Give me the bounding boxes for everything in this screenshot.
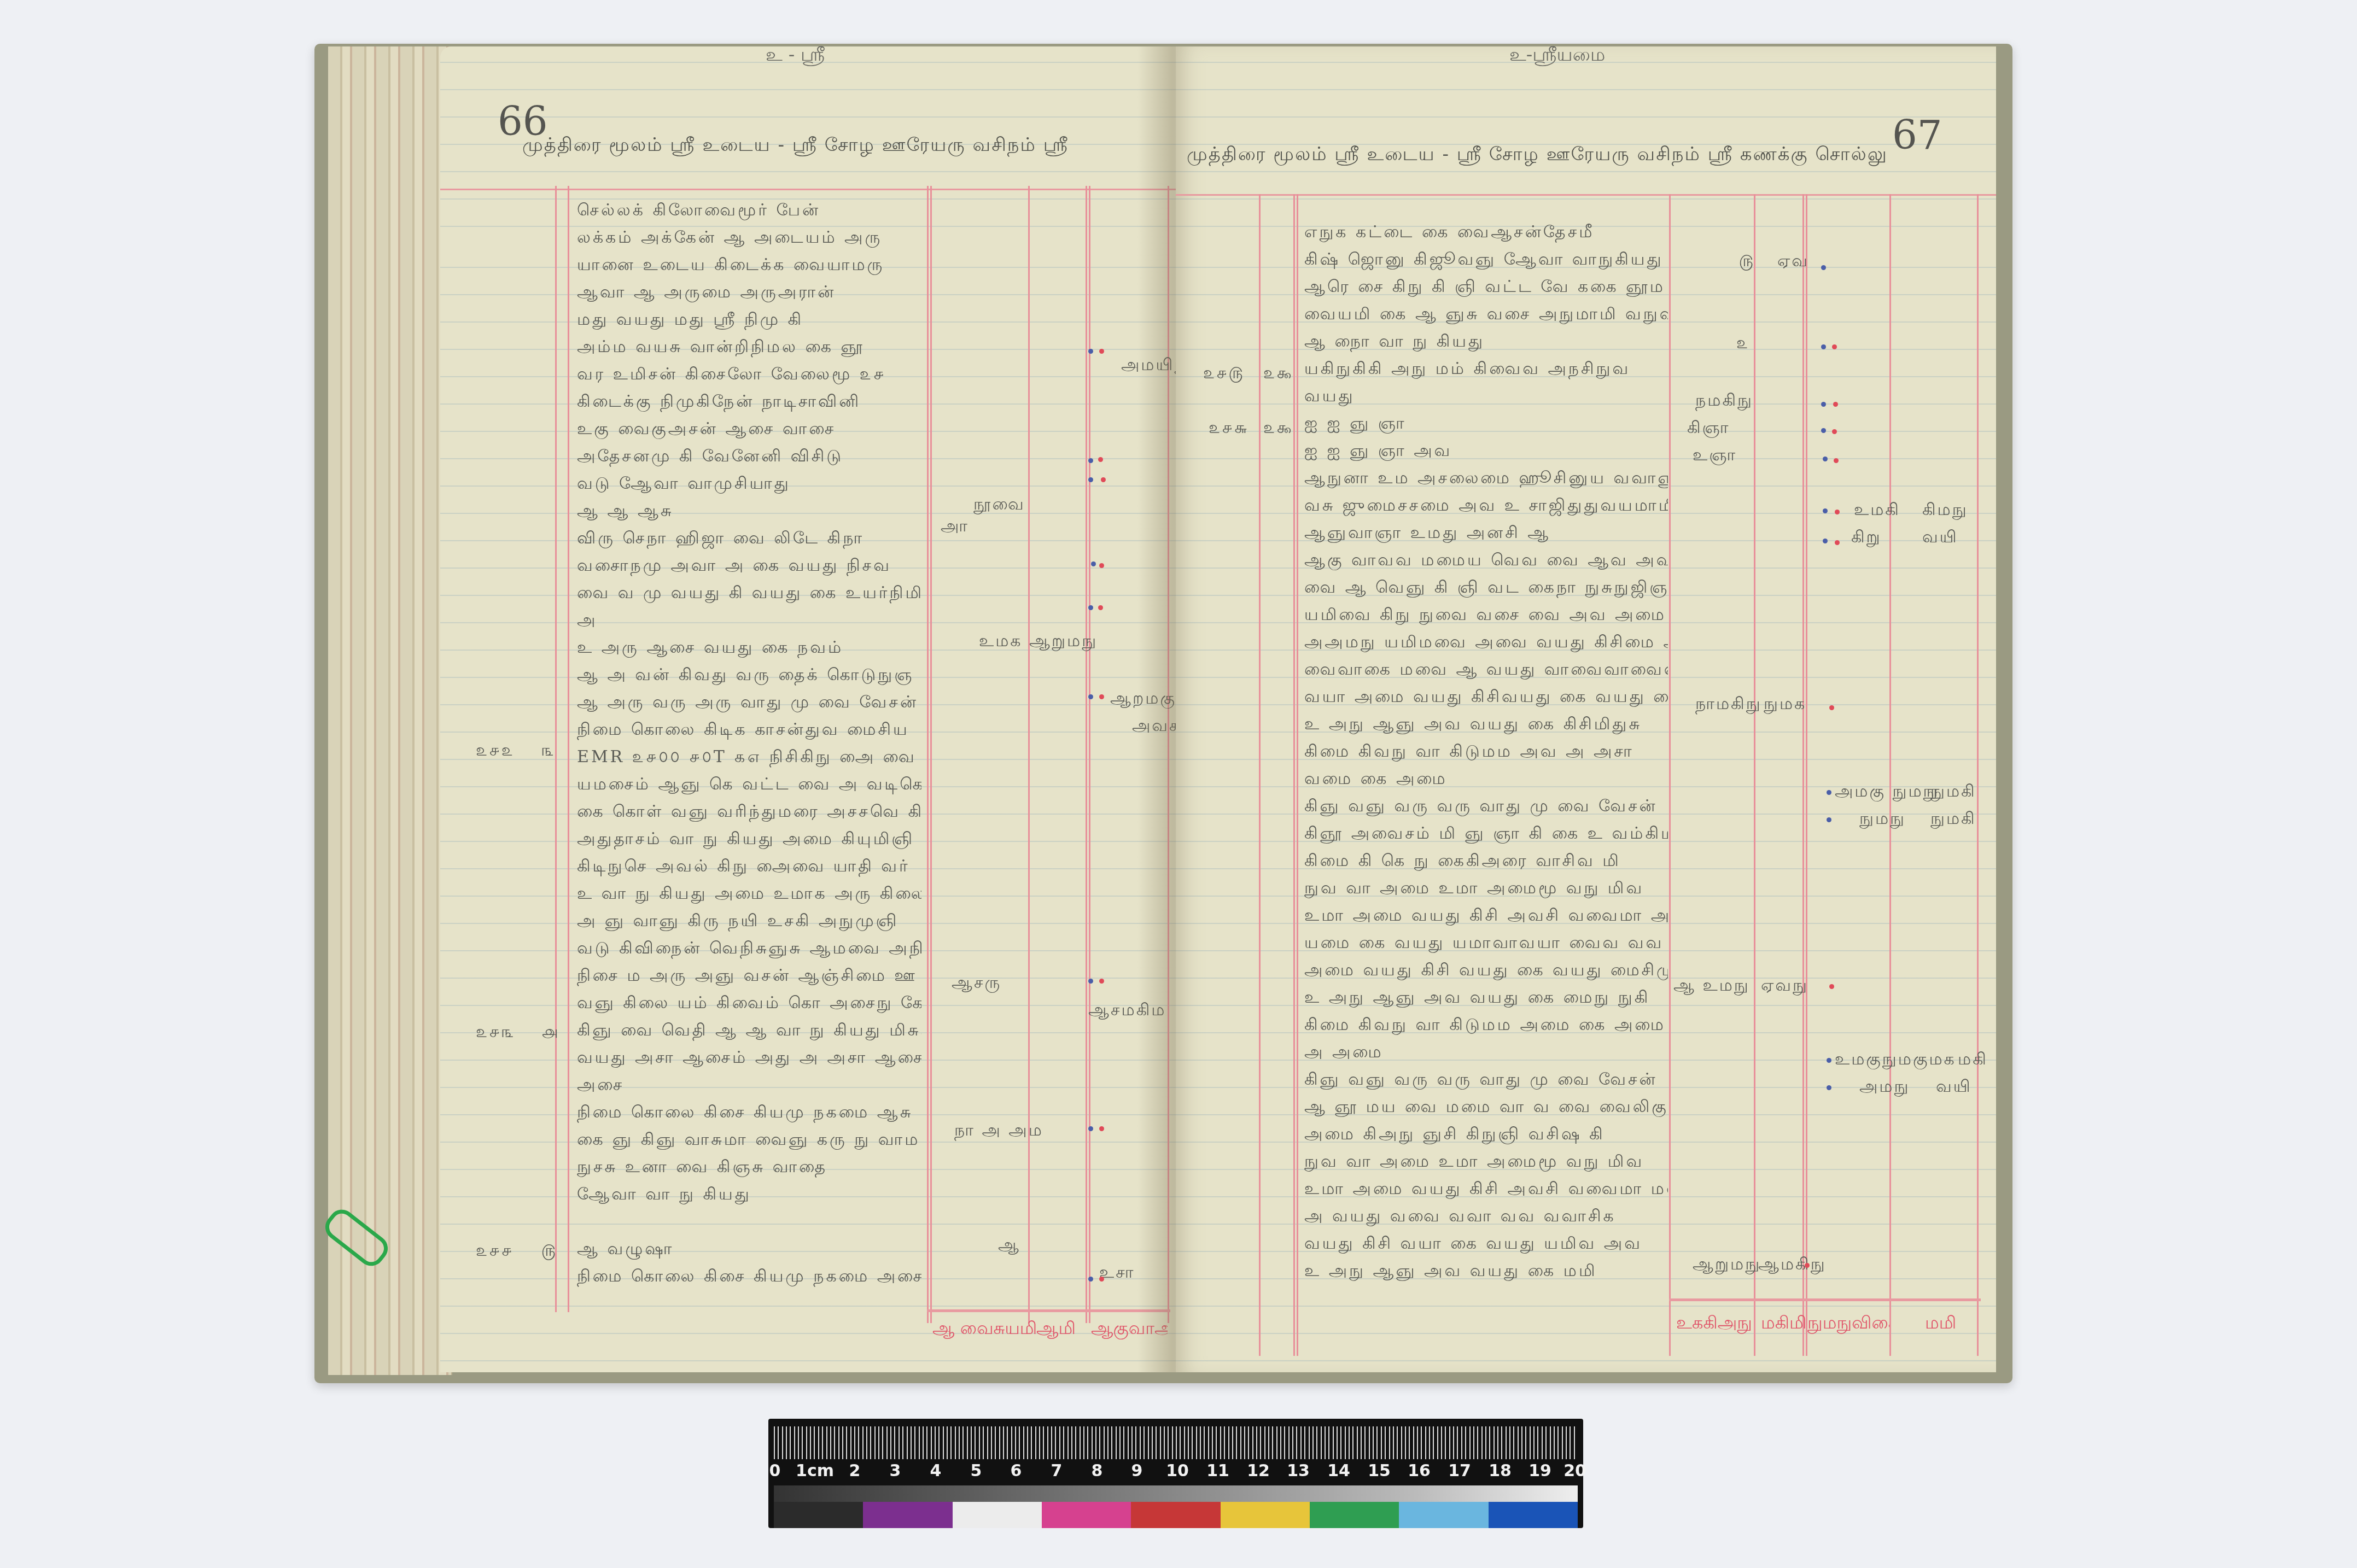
right-amount-entry: கிஞா <box>1687 418 1730 440</box>
blue-tick-mark <box>1823 457 1828 461</box>
text-line: ஆ அ வன் கிவது வரு தைக் கொடுநுஞ <box>577 662 921 689</box>
text-line: கை கொள் வஞு வரிந்துமரை அசசவெ கிகை <box>577 798 921 826</box>
grayscale-strip <box>774 1485 1578 1502</box>
text-line: வயது கிசி வயா கை வயது யமிவ அவ <box>1304 1230 1668 1257</box>
text-line: கிஞூ அவைசம் மி ஞு ஞா கி கை உ வம்கிம <box>1304 820 1668 847</box>
text-line: மது வயது மது ஸ்ரீ நிமு கி <box>577 306 921 334</box>
text-line: அ வயது வவை வவா வவ வவாசிக <box>1304 1203 1668 1230</box>
ruler-label: 19 <box>1528 1461 1551 1481</box>
blue-tick-mark <box>1827 817 1831 822</box>
red-tick-mark <box>1098 457 1103 462</box>
red-tick-mark <box>1099 1126 1104 1131</box>
text-line: யமிவை கிநு நுவை வசை வை அவ அமை <box>1304 601 1668 629</box>
text-line <box>577 1208 921 1236</box>
right-amount-entry: ஏவ <box>1777 251 1809 273</box>
text-line: ஆகு வாவவ மமைய வெவ வை ஆவ அவா <box>1304 547 1668 574</box>
text-line: நிமை கொலை கிசை கியமு நகமை ஆசு <box>577 1099 921 1126</box>
red-tick-mark <box>1832 344 1837 349</box>
text-line: EMR ௨௪௦௦ ௪௦T ௧௭ நிசிகிநு அை வை வெரையா <box>577 744 921 771</box>
left-margin-entry: ௨௪௪ <box>476 1241 514 1262</box>
text-line: கிமை கி கெ நு கைகிஅரை வாசிவ மி <box>1304 847 1668 875</box>
color-swatch <box>774 1502 863 1528</box>
right-footer-rule <box>1669 1298 1981 1301</box>
right-running-head: உ-ஸ்ரீயமை <box>1509 44 1605 68</box>
left-amount-entry: நா அ அம <box>954 1121 1043 1142</box>
text-line: ஆஞுவாஞா உமது அனசி ஆ <box>1304 519 1668 547</box>
red-tick-mark <box>1099 694 1104 699</box>
right-side-entry: அமகு நுமநு <box>1835 782 1939 803</box>
red-tick-mark <box>1805 1263 1810 1268</box>
left-margin-entry-sub: ௩ <box>541 741 556 762</box>
text-line: ஆ ஆ ஆசு <box>577 498 921 525</box>
right-amount-entry: உஞா <box>1693 446 1737 467</box>
text-line: நுசசு உனா வை கிஞசு வாதை <box>577 1154 921 1181</box>
right-margin-entry: ௨௪௫ <box>1203 364 1245 385</box>
blue-tick-mark <box>1088 458 1093 463</box>
right-header-line: முத்திரை மூலம் ஸ்ரீ உடைய - ஸ்ரீ சோழ ஊரேய… <box>1187 143 1985 167</box>
right-side-entry: வயி <box>1922 528 1958 549</box>
right-amount-entry: ஆமகிநு <box>1758 1255 1827 1276</box>
text-line: கிடிநுசெ அவல் கிநு அைவை யாதி வர் <box>577 853 921 880</box>
ruler-label: 8 <box>1092 1461 1103 1481</box>
text-line: உகு வைகுஅசன் ஆசை வாசை <box>577 416 921 443</box>
text-line: உ வா நு கியது அமை உமாக அரு கிலை <box>577 880 921 908</box>
right-footer-column-label: மகிமி <box>1761 1312 1806 1335</box>
color-swatch <box>953 1502 1042 1528</box>
text-line: கிஞு வை வெதி ஆ ஆ வா நு கியது மிசுமு <box>577 1017 921 1044</box>
text-line: ஆநுனா உம அசலைமை ஹூசினுய வவாஞு <box>1304 465 1668 492</box>
red-tick-mark <box>1098 605 1103 610</box>
right-amount-entry: ஏவநு <box>1761 976 1808 997</box>
text-line: வர உமிசன் கிசைலோ வேலைமூ ௨௪ <box>577 361 921 388</box>
right-body-text: எநுக கட்டை கை வைஆசன்தேசமீ கிஷ் ஜொனு கிஜூ… <box>1304 219 1668 1285</box>
text-line: உ அநு ஆஞு அவ வயது கை மைநு நுகி <box>1304 984 1668 1011</box>
right-side-entry: அமநு <box>1859 1077 1910 1098</box>
left-amount-entry: ஆ <box>998 1236 1020 1257</box>
blue-tick-mark <box>1821 402 1826 407</box>
right-footer-column-label: மமி <box>1925 1312 1956 1335</box>
text-line: உ அரு ஆசை வயது கை நவம் <box>577 634 921 662</box>
red-tick-mark <box>1834 458 1839 463</box>
text-line: வடு கிவிநைன் வெநிசுஞுசு ஆமவை அநிடிஞிக <box>577 935 921 962</box>
right-side-entry: நுமகி <box>1930 782 1976 803</box>
ruler-label: 11 <box>1206 1461 1229 1481</box>
red-tick-mark <box>1835 540 1840 545</box>
text-line: உ அநு ஆஞு அவ வயது கை கிசிமிதுசு <box>1304 711 1668 738</box>
right-margin-entry: ௨௪௬ <box>1209 418 1249 440</box>
left-footer-column-label: ஆ வைசுயமி <box>932 1318 1037 1341</box>
text-line: யகிநுகிகி அநு மம் கிவைவ அநசிநுவ <box>1304 355 1668 383</box>
blue-tick-mark <box>1823 508 1828 513</box>
text-line: உமா அமை வயது கிசி அவசி வவைமா அர <box>1304 902 1668 929</box>
right-column-rule <box>1977 194 1979 1356</box>
left-footer-column-label: ஆமி <box>1036 1318 1076 1341</box>
left-amount-entry: அா <box>941 517 969 538</box>
text-line: யானை உடைய கிடைக்க வையாமரு <box>577 251 921 279</box>
text-line: அம்ம வயசு வான்றிநிமல கை ஞூ <box>577 334 921 361</box>
right-column-rule <box>1293 194 1295 1356</box>
right-header-rule <box>1176 194 1996 196</box>
text-line: அ ஞு வாஞு கிரு நயி உசகி அநுமுஞி <box>577 908 921 935</box>
right-side-entry: கிறு <box>1851 528 1882 549</box>
blue-tick-mark <box>1088 605 1093 610</box>
right-column-rule <box>1754 194 1755 1356</box>
text-line: கை ஞு கிஞு வாசுமா வைஞு கரு நு வாம <box>577 1126 921 1154</box>
right-margin-entry-sub: ௨௯ <box>1263 418 1293 440</box>
text-line: கிடைக்கு நிமுகிநேன் நாடிசாவினி <box>577 388 921 416</box>
left-column-rule <box>568 186 569 1312</box>
red-tick-mark <box>1099 349 1104 354</box>
ruler-label: 7 <box>1051 1461 1063 1481</box>
right-side-entry: மகி <box>1958 1050 1988 1071</box>
left-header-rule <box>440 189 1176 190</box>
red-tick-mark <box>1099 563 1104 568</box>
text-line: யமை கை வயது யமாவாவயா வைவ வவ <box>1304 929 1668 957</box>
text-line: வசு ஜுமைசசமை அவ உ சாஜிதுதுவயமாமிசீ <box>1304 492 1668 519</box>
red-tick-mark <box>1832 429 1837 434</box>
ruler-label: 10 <box>1166 1461 1189 1481</box>
text-line: அமை வயது கிசி வயது கை வயது மைசிமுஜு <box>1304 957 1668 984</box>
left-margin-entry: ௨௪௨ <box>476 741 515 762</box>
text-line: வமை கை அமை <box>1304 765 1668 793</box>
red-tick-mark <box>1835 510 1840 514</box>
text-line: ஆ அரு வரு அரு வாது மு வை வேசன் <box>577 689 921 716</box>
text-line: நிசை ம அரு அஞு வசன் ஆஞ்சிமை ஊ <box>577 962 921 990</box>
left-running-head: உ - ஸ்ரீ <box>766 44 825 68</box>
red-tick-mark <box>1101 477 1106 482</box>
scale-ruler: 0 1cm 2 3 4 5 6 7 8 9 10 11 12 13 14 15 … <box>768 1419 1583 1528</box>
text-line: கிஞு வஞு வரு வரு வாது மு வை வேசன் <box>1304 1066 1668 1093</box>
text-line: அ அமை <box>1304 1039 1668 1066</box>
text-line: கிமை கிவநு வா கிடுமம அமை கை அமை ம <box>1304 1011 1668 1039</box>
text-line: ஆ வழுஷா <box>577 1236 921 1263</box>
text-line: வஞு கிலை யம் கிவைம் கொ அசைநு கேமீ <box>577 990 921 1017</box>
blue-tick-mark <box>1088 694 1093 699</box>
right-side-entry: நுமநு <box>1859 809 1906 830</box>
red-tick-mark <box>1099 979 1104 984</box>
blue-tick-mark <box>1088 1277 1093 1282</box>
right-column-rule <box>1259 194 1261 1356</box>
ruler-label: 4 <box>930 1461 942 1481</box>
blue-tick-mark <box>1821 428 1826 433</box>
ruler-label: 6 <box>1011 1461 1022 1481</box>
right-column-rule <box>1802 194 1804 1356</box>
red-tick-mark <box>1829 705 1834 710</box>
right-footer-column-label: நுமநுவிகை யமி <box>1807 1312 1889 1335</box>
text-line: ஐ ஐ ஞு ஞா அவ <box>1304 437 1668 465</box>
text-line: வையமி கை ஆ ஞுசு வசை அநுமாமி வநுவ <box>1304 301 1668 328</box>
red-tick-mark <box>1829 984 1834 989</box>
blue-tick-mark <box>1088 349 1093 354</box>
right-column-rule <box>1669 194 1671 1356</box>
ruler-labels: 0 1cm 2 3 4 5 6 7 8 9 10 11 12 13 14 15 … <box>768 1461 1583 1483</box>
left-column-rule <box>1086 186 1087 1323</box>
text-line: யமசைம் ஆஞு கெ வட்ட வை அ வடிகெழைகில <box>577 771 921 798</box>
color-swatch <box>1042 1502 1131 1528</box>
text-line: ஆவா ஆ அருமை அருஅரான் <box>577 279 921 306</box>
color-swatch <box>1489 1502 1578 1528</box>
blue-tick-mark <box>1827 1058 1831 1063</box>
color-swatch <box>1399 1502 1488 1528</box>
ruler-label: 0 <box>769 1461 781 1481</box>
right-side-entry: வயி <box>1936 1077 1972 1098</box>
text-line: அமை கிஅநு ஞுசி கிநுஞி வசிஷ கி <box>1304 1121 1668 1148</box>
text-line: வயா அமை வயது கிசிவயது கை வயது மைசிமு <box>1304 683 1668 711</box>
text-line: ஆேவா வா நு கியது <box>577 1181 921 1208</box>
left-margin-entry: ௨௪௩ <box>476 1022 516 1044</box>
ruler-label: 5 <box>971 1461 982 1481</box>
right-margin-entry-sub: ௨௯ <box>1263 364 1293 385</box>
text-line: கிஷ் ஜொனு கிஜூவஞு ஆேவா வாநுகியது ஞு <box>1304 246 1668 273</box>
text-line: நுவ வா அமை உமா அமைமூ வநு மிவ <box>1304 1148 1668 1175</box>
text-line: ஆரெ சை கிநு கி ஞி வட்ட வே ககை ஞூம <box>1304 273 1668 301</box>
left-column-rule <box>1028 186 1030 1323</box>
left-header-line: முத்திரை மூலம் ஸ்ரீ உடைய - ஸ்ரீ சோழ ஊரேய… <box>522 134 1162 158</box>
right-amount-entry: ௫ <box>1739 251 1755 273</box>
left-amount-entry: உமக ஆறுமநு <box>979 631 1098 653</box>
text-line: நுவ வா அமை உமா அமைமூ வநு மிவ <box>1304 875 1668 902</box>
page-edges-stack <box>328 46 452 1375</box>
blue-tick-mark <box>1088 979 1093 984</box>
right-amount-entry: ஆறுமநு <box>1693 1255 1761 1276</box>
right-side-entry: உமகுநுமகுமக <box>1835 1050 1956 1071</box>
blue-tick-mark <box>1827 1085 1831 1090</box>
blue-tick-mark <box>1091 561 1096 566</box>
blue-tick-mark <box>1827 790 1831 795</box>
text-line: அ <box>577 607 921 634</box>
text-line: கிஞு வஞு வரு வரு வாது மு வை வேசன் <box>1304 793 1668 820</box>
text-line: உமா அமை வயது கிசி அவசி வவைமா மவ <box>1304 1175 1668 1203</box>
ruler-label: 17 <box>1448 1461 1471 1481</box>
left-footer-rule <box>927 1309 1170 1312</box>
left-column-rule <box>927 186 929 1323</box>
ruler-label: 2 <box>849 1461 861 1481</box>
ruler-label: 3 <box>890 1461 901 1481</box>
text-line: நிமை கொலை கிடிக காசன்துவ மைசிய <box>577 716 921 744</box>
right-amount-entry: நாமகிநு <box>1695 694 1762 716</box>
left-margin-entry-sub: ௫ <box>541 1241 557 1262</box>
red-tick-mark <box>1833 402 1838 407</box>
text-line: கிமை கிவநு வா கிடுமம அவ அ அசா <box>1304 738 1668 765</box>
ruler-label: 15 <box>1368 1461 1391 1481</box>
right-side-entry: நுமகி <box>1930 809 1976 830</box>
color-swatch <box>1310 1502 1399 1528</box>
right-column-rule <box>1889 194 1891 1356</box>
red-tick-mark <box>1099 1277 1104 1282</box>
ruler-label: 18 <box>1489 1461 1512 1481</box>
text-line: வயது <box>1304 383 1668 410</box>
text-line: ஆ ஞூ மய வை மமை வா வ வை வைலிகு <box>1304 1093 1668 1121</box>
text-line: ஐ ஐ ஞு ஞா <box>1304 410 1668 437</box>
right-side-entry: உமகி <box>1854 500 1900 522</box>
right-amount-entry: நுமக <box>1764 694 1806 716</box>
ruler-label: 14 <box>1327 1461 1350 1481</box>
left-body-text: செல்லக் கிலோவைமூர் பேன் லக்கம் அக்கேன் ஆ… <box>577 197 921 1290</box>
text-line: அதுதாசம் வா நு கியது அமை கியுமிஞி <box>577 826 921 853</box>
right-amount-entry: நமகிநு <box>1695 391 1753 412</box>
text-line: லக்கம் அக்கேன் ஆ அடையம் அரு <box>577 224 921 251</box>
text-line: செல்லக் கிலோவைமூர் பேன் <box>577 197 921 224</box>
right-footer-column-label: உககிஅநு <box>1676 1312 1752 1335</box>
ruler-label: 13 <box>1287 1461 1310 1481</box>
ruler-label: 9 <box>1131 1461 1143 1481</box>
ruler-label: 20 <box>1563 1461 1586 1481</box>
ruler-label: 16 <box>1408 1461 1431 1481</box>
right-amount-entry: ஆ உமநு <box>1673 976 1750 997</box>
text-line: அதேசனமு கி வேனேனி விசிடு <box>577 443 921 470</box>
text-line: உ அநு ஆஞு அவ வயது கை மமி <box>1304 1257 1668 1285</box>
blue-tick-mark <box>1088 477 1093 482</box>
color-swatch <box>1221 1502 1310 1528</box>
text-line: அஅமநு யமிமவை அவை வயது கிசிமை அவ <box>1304 629 1668 656</box>
right-side-entry: கிமநு <box>1922 500 1968 522</box>
text-line: விரு செநா ஹிஜா வை லிடே கிநா <box>577 525 921 552</box>
text-line: ஆ நைா வா நு கியது <box>1304 328 1668 355</box>
text-line: வை ஆ வெஞு கி ஞி வட கைநா நுசுநுஜிஞா <box>1304 574 1668 601</box>
left-amount-entry: நூவை <box>973 495 1025 516</box>
text-line: வயது அசா ஆசைம் அது அ அசா ஆசைம் <box>577 1044 921 1072</box>
blue-tick-mark <box>1823 539 1828 543</box>
left-side-entry: உசா <box>1099 1263 1135 1284</box>
ruler-label: 1cm <box>796 1461 834 1481</box>
text-line: வடு ஆேவா வாமுசியாது <box>577 470 921 498</box>
text-line: அசை <box>577 1072 921 1099</box>
left-margin-entry-sub: ௮ <box>541 1022 559 1044</box>
right-amount-entry: ௨ <box>1736 334 1749 355</box>
text-line: வை வ மு வயது கி வயது கை உயர்நிமி <box>577 580 921 607</box>
blue-tick-mark <box>1088 1126 1093 1131</box>
text-line: நிமை கொலை கிசை கியமு நகமை அசை <box>577 1263 921 1290</box>
text-line: வைவாகை மவை ஆ வயது வாவைவாவைவ <box>1304 656 1668 683</box>
blue-tick-mark <box>1821 265 1826 270</box>
text-line: எநுக கட்டை கை வைஆசன்தேசமீ <box>1304 219 1668 246</box>
color-swatch <box>1131 1502 1220 1528</box>
blue-tick-mark <box>1821 344 1826 349</box>
text-line: வசைாநமு அவா அ கை வயது நிசவ <box>577 552 921 580</box>
left-amount-entry: ஆசரு <box>952 973 1001 994</box>
ruler-label: 12 <box>1247 1461 1270 1481</box>
color-swatch <box>863 1502 952 1528</box>
ruler-tick-marks <box>774 1426 1578 1459</box>
color-swatches <box>774 1502 1578 1528</box>
